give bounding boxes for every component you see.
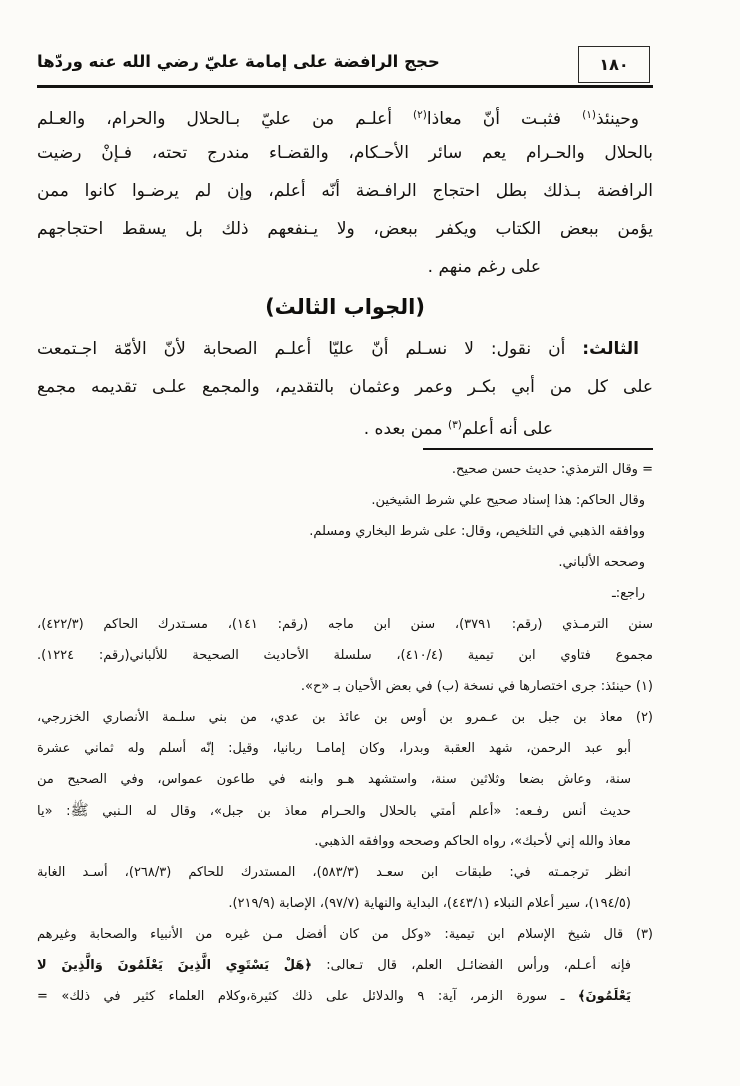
footnote-line: معاذ والله إني لأحبك»، رواه الحاكم وصححه… [37, 826, 653, 857]
line-text: أن نقول: لا نسـلم أنّ عليّا أعلـم الصحاب… [37, 339, 582, 359]
paragraph-lead-word: الثالث: [582, 339, 639, 359]
page-number: ١٨٠ [599, 55, 628, 74]
line-text: ممن بعده . [364, 419, 448, 439]
section-heading: (الجواب الثالث) [37, 286, 653, 330]
footnote-line: راجع:ـ [37, 578, 653, 609]
footnote-separator [423, 448, 653, 450]
footnote-line: ووافقه الذهبي في التلخيص، وقال: على شرط … [37, 516, 653, 547]
footnote-line: سنة، وعاش بضعا وثلاثين سنة، واستشهد هـو … [37, 764, 653, 795]
footnote-line: (٢) معاذ بن جبل بن عـمرو بن أوس بن عائذ … [37, 702, 653, 733]
header-title: حجج الرافضة على إمامة عليّ رضي الله عنه … [37, 52, 440, 71]
paragraph-line: بالحلال والحـرام يعم سائر الأحـكام، والق… [37, 134, 653, 172]
footnote-line: مجموع فتاوي ابن تيمية (٤١٠/٤)، سلسلة الأ… [37, 640, 653, 671]
footnote-line: وقال الحاكم: هذا إسناد صحيح علي شرط الشي… [37, 485, 653, 516]
footnote-line: أبو عبد الرحمن، شهد العقبة وبدرا، وكان إ… [37, 733, 653, 764]
paragraph-line: الرافضة بـذلك بطل احتجاج الرافـضة أنّه أ… [37, 172, 653, 210]
footnote-ref-marker: (٢) [413, 109, 427, 121]
paragraph-line: يؤمن ببعض الكتاب ويكفر ببعض، ولا يـنفعهم… [37, 210, 653, 248]
book-page: حجج الرافضة على إمامة عليّ رضي الله عنه … [0, 0, 740, 1086]
footnote-line: فإنه أعـلم، ورأس الفضائـل العلم، قال تـع… [37, 950, 653, 981]
line-text: فثبـت أنّ معاذا [427, 109, 582, 129]
footnote-line: يَعْلَمُونَ﴾ ـ سورة الزمر، آية: ٩ والدلا… [37, 981, 653, 1012]
line-text: : «يا [37, 804, 71, 819]
footnote-line: انظر ترجمـته في: طبقات ابن سعـد (٥٨٣/٣)،… [37, 857, 653, 888]
quran-verse: يَعْلَمُونَ﴾ [578, 989, 631, 1004]
line-text: فإنه أعـلم، ورأس الفضائـل العلم، قال تـع… [312, 958, 631, 973]
footnote-line: (١٩٤/٥)، سير أعلام النبلاء (٤٤٣/١)، البد… [37, 888, 653, 919]
line-text: ـ سورة الزمر، آية: ٩ والدلائل على ذلك كث… [37, 989, 578, 1004]
pbuh-ligature: ﷺ [71, 801, 89, 819]
footnote-line: = وقال الترمذي: حديث حسن صحيح. [37, 454, 653, 485]
footnote-line: (٣) قال شيخ الإسلام ابن تيمية: «وكل من ك… [37, 919, 653, 950]
paragraph-line: الثالث: أن نقول: لا نسـلم أنّ عليّا أعلـ… [37, 330, 653, 368]
footnote-line: وصححه الألباني. [37, 547, 653, 578]
paragraph-line: على أنه أعلم(٣) ممن بعده . [37, 406, 653, 444]
paragraph-line: على كل من أبي بكـر وعمر وعثمان بالتقديم،… [37, 368, 653, 406]
paragraph-line: وحينئذ(١) فثبـت أنّ معاذا(٢) أعلـم من عل… [37, 96, 653, 134]
line-text: أعلـم من عليّ بـالحلال والحرام، والعـلم [37, 109, 413, 129]
quran-verse: ﴿هَلْ يَسْتَوِي الَّذِينَ يَعْلَمُونَ وَ… [37, 958, 312, 973]
footnote-line: حديث أنس رفـعه: «أعلم أمتي بالحلال والحـ… [37, 795, 653, 826]
footnote-ref-marker: (١) [582, 109, 596, 121]
line-text: حديث أنس رفـعه: «أعلم أمتي بالحلال والحـ… [89, 804, 631, 819]
line-text: وحينئذ [596, 109, 639, 129]
footnote-line: سنن الترمـذي (رقم: ٣٧٩١)، سنن ابن ماجه (… [37, 609, 653, 640]
footnote-line: (١) حينئذ: جرى اختصارها في نسخة (ب) في ب… [37, 671, 653, 702]
page-number-box: ١٨٠ [578, 46, 650, 83]
header-rule [37, 85, 653, 88]
line-text: على أنه أعلم [462, 419, 553, 439]
footnote-ref-marker: (٣) [448, 419, 462, 431]
text-column: وحينئذ(١) فثبـت أنّ معاذا(٢) أعلـم من عل… [37, 96, 653, 1012]
paragraph-line: على رغم منهم . [37, 248, 653, 286]
